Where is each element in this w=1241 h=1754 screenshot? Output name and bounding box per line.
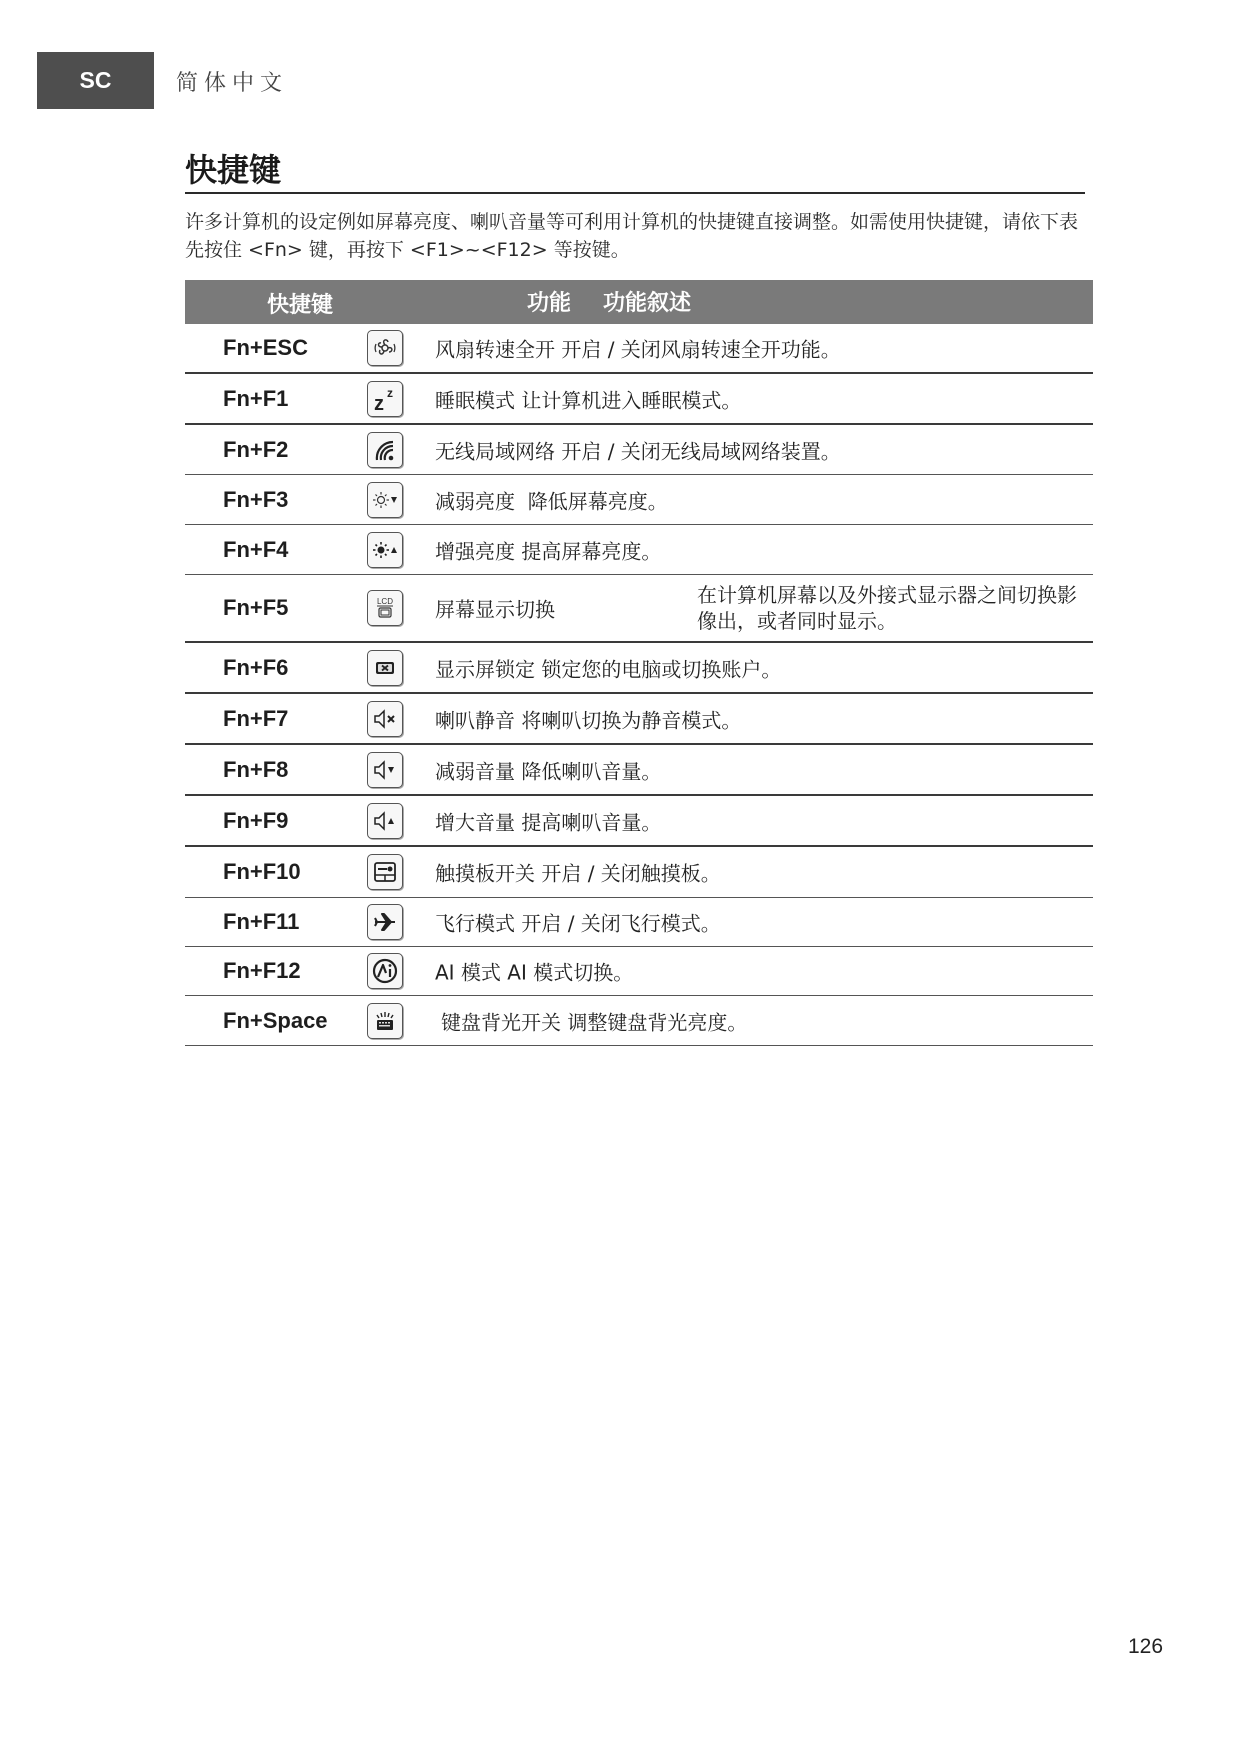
mute-icon	[367, 701, 403, 737]
hotkey-label: Fn+F12	[223, 958, 301, 984]
hotkey-label: Fn+F8	[223, 757, 288, 783]
touchpad-icon	[367, 854, 403, 890]
table-header: 快捷键 功能 功能叙述	[185, 280, 1093, 324]
hotkey-label: Fn+F1	[223, 386, 288, 412]
hotkey-label: Fn+F2	[223, 437, 288, 463]
hotkey-table: 快捷键 功能 功能叙述 Fn+ESC 风扇转速全开 开启 / 关闭风扇转速全开功…	[185, 280, 1093, 1046]
table-row: Fn+F6 显示屏锁定 锁定您的电脑或切换账户。	[185, 643, 1093, 694]
title-divider	[185, 192, 1085, 194]
section-title: 快捷键	[185, 145, 281, 191]
svg-text:z: z	[387, 386, 393, 400]
hotkey-label: Fn+F11	[223, 909, 299, 935]
column-header-description: 功能叙述	[603, 286, 691, 317]
hotkey-label: Fn+F4	[223, 537, 288, 563]
function-description: 喇叭静音 将喇叭切换为静音模式。	[435, 704, 741, 733]
language-tab: SC	[37, 52, 154, 109]
table-row: Fn+F9 增大音量 提高喇叭音量。	[185, 796, 1093, 847]
function-description: 减弱音量 降低喇叭音量。	[435, 755, 661, 784]
table-row: Fn+F10 触摸板开关 开启 / 关闭触摸板。	[185, 847, 1093, 898]
table-row: Fn+F4 增强亮度 提高屏幕亮度。	[185, 525, 1093, 575]
fan-icon	[367, 330, 403, 366]
brightness-down-icon	[367, 482, 403, 518]
table-row: Fn+F7 喇叭静音 将喇叭切换为静音模式。	[185, 694, 1093, 745]
table-row: Fn+Space 键盘背光开关 调整键盘背光亮度。	[185, 996, 1093, 1046]
function-description: 风扇转速全开 开启 / 关闭风扇转速全开功能。	[435, 334, 841, 363]
function-description: 增大音量 提高喇叭音量。	[435, 806, 661, 835]
svg-text:LCD: LCD	[377, 597, 393, 606]
keyboard-backlight-icon	[367, 1003, 403, 1039]
language-name: 简体中文	[176, 66, 288, 97]
volume-down-icon	[367, 752, 403, 788]
hotkey-label: Fn+F3	[223, 487, 288, 513]
screen-lock-icon	[367, 650, 403, 686]
function-description: 减弱亮度 降低屏幕亮度。	[435, 485, 668, 514]
brightness-up-icon	[367, 532, 403, 568]
display-switch-icon: LCD	[367, 590, 403, 626]
wifi-icon	[367, 432, 403, 468]
function-description: 飞行模式 开启 / 关闭飞行模式。	[435, 908, 721, 937]
volume-up-icon	[367, 803, 403, 839]
hotkey-label: Fn+F10	[223, 859, 301, 885]
language-code: SC	[80, 67, 112, 94]
table-row: Fn+F11 飞行模式 开启 / 关闭飞行模式。	[185, 898, 1093, 947]
table-row: Fn+F12 AI 模式 AI 模式切换。	[185, 947, 1093, 996]
hotkey-label: Fn+F7	[223, 706, 288, 732]
table-row: Fn+F1 zz 睡眠模式 让计算机进入睡眠模式。	[185, 374, 1093, 425]
function-description: 触摸板开关 开启 / 关闭触摸板。	[435, 858, 721, 887]
function-description: 显示屏锁定 锁定您的电脑或切换账户。	[435, 653, 781, 682]
table-row: Fn+F3 减弱亮度 降低屏幕亮度。	[185, 475, 1093, 525]
hotkey-label: Fn+Space	[223, 1008, 328, 1034]
hotkey-label: Fn+F9	[223, 808, 288, 834]
function-description: 睡眠模式 让计算机进入睡眠模式。	[435, 384, 741, 413]
table-row: Fn+ESC 风扇转速全开 开启 / 关闭风扇转速全开功能。	[185, 324, 1093, 374]
page-number: 126	[1128, 1635, 1163, 1659]
hotkey-label: Fn+ESC	[223, 335, 308, 361]
table-row: Fn+F2 无线局域网络 开启 / 关闭无线局域网络装置。	[185, 425, 1093, 475]
function-description: 在计算机屏幕以及外接式显示器之间切换影像出，或者同时显示。	[697, 582, 1077, 634]
function-description: 增强亮度 提高屏幕亮度。	[435, 535, 661, 564]
column-header-hotkey: 快捷键	[267, 288, 333, 319]
function-description: 键盘背光开关 调整键盘背光亮度。	[441, 1006, 747, 1035]
function-description: AI 模式 AI 模式切换。	[435, 957, 633, 986]
intro-paragraph: 许多计算机的设定例如屏幕亮度、喇叭音量等可利用计算机的快捷键直接调整。如需使用快…	[185, 208, 1085, 264]
svg-text:z: z	[374, 393, 384, 413]
airplane-icon	[367, 904, 403, 940]
ai-mode-icon	[367, 953, 403, 989]
hotkey-label: Fn+F6	[223, 655, 288, 681]
table-row: Fn+F5 LCD 屏幕显示切换 在计算机屏幕以及外接式显示器之间切换影像出，或…	[185, 575, 1093, 643]
function-name: 屏幕显示切换	[435, 594, 555, 623]
table-row: Fn+F8 减弱音量 降低喇叭音量。	[185, 745, 1093, 796]
hotkey-label: Fn+F5	[223, 595, 288, 621]
function-description: 无线局域网络 开启 / 关闭无线局域网络装置。	[435, 435, 841, 464]
column-header-function: 功能	[527, 286, 571, 317]
sleep-icon: zz	[367, 381, 403, 417]
